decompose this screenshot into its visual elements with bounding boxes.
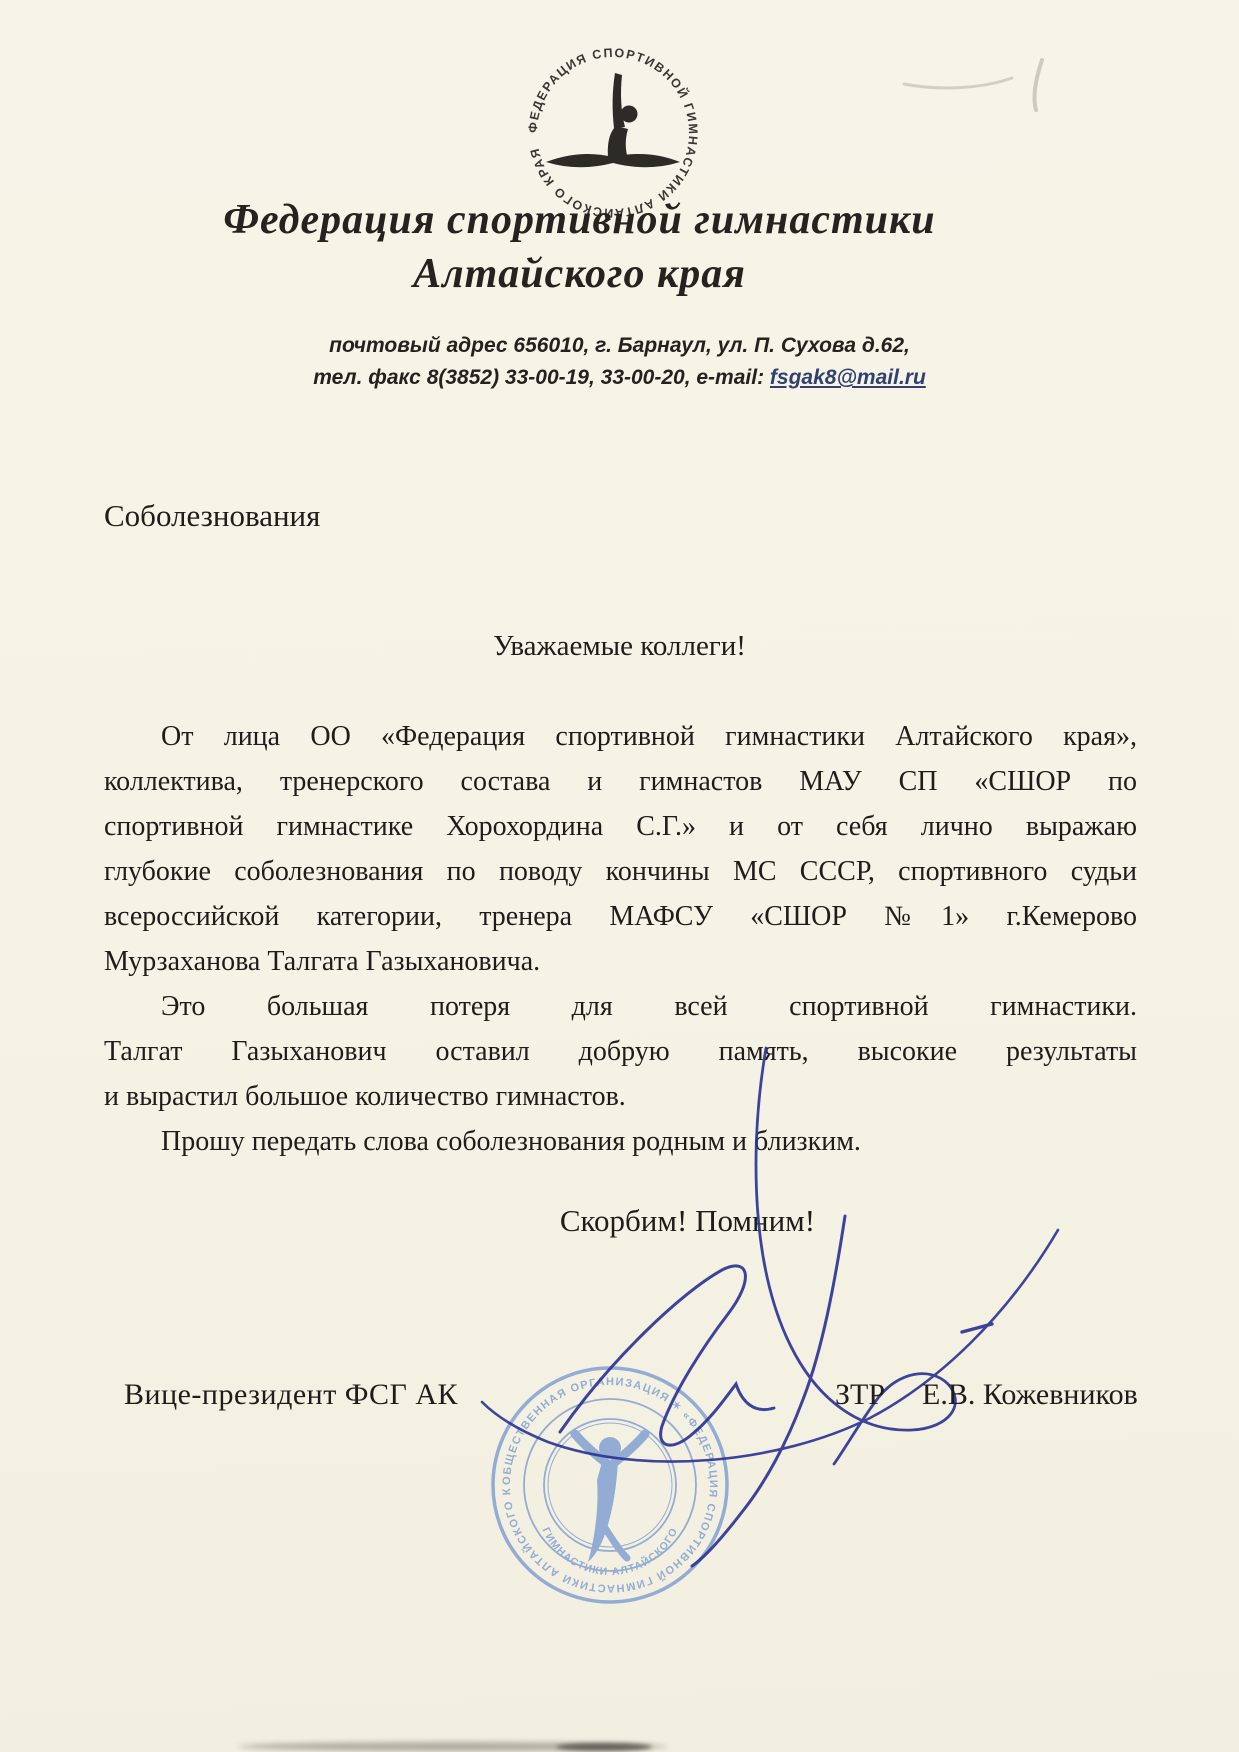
- signature-ink: [430, 1030, 1190, 1610]
- letter-line: глубокие соболезнования по поводу кончин…: [104, 849, 1137, 894]
- document-type-label: Соболезнования: [104, 498, 320, 534]
- email-link[interactable]: fsgak8@mail.ru: [770, 366, 926, 389]
- gymnast-silhouette-icon: [546, 73, 680, 167]
- contact-phone-text: тел. факс 8(3852) 33-00-19, 33-00-20, e-…: [313, 366, 770, 389]
- letter-line: всероссийской категории, тренера МАФСУ «…: [104, 894, 1137, 939]
- letter-line: Это большая потеря для всей спортивной г…: [104, 984, 1137, 1029]
- letter-line: спортивной гимнастике Хорохордина С.Г.» …: [104, 804, 1137, 849]
- letter-document: ФЕДЕРАЦИЯ СПОРТИВНОЙ ГИМНАСТИКИ АЛТАЙСКО…: [0, 0, 1239, 1752]
- pencil-marks: [900, 52, 1080, 122]
- letter-line: От лица ОО «Федерация спортивной гимнаст…: [104, 714, 1137, 759]
- scan-smudge: [556, 1743, 652, 1751]
- signer-position-title: Вице-президент ФСГ АК: [124, 1378, 458, 1412]
- salutation: Уважаемые коллеги!: [0, 630, 1239, 663]
- org-contact-line: тел. факс 8(3852) 33-00-19, 33-00-20, e-…: [0, 366, 1239, 390]
- org-title-line1: Федерация спортивной гимнастики: [0, 196, 1199, 244]
- signer-name: Е.В. Кожевников: [922, 1378, 1138, 1412]
- org-title-line2: Алтайского края: [0, 250, 1199, 298]
- letter-line: коллектива, тренерского состава и гимнас…: [104, 759, 1137, 804]
- signer-rank: ЗТР: [835, 1378, 885, 1412]
- letter-line: Мурзаханова Талгата Газыхановича.: [104, 939, 1137, 984]
- org-postal-address: почтовый адрес 656010, г. Барнаул, ул. П…: [0, 334, 1239, 358]
